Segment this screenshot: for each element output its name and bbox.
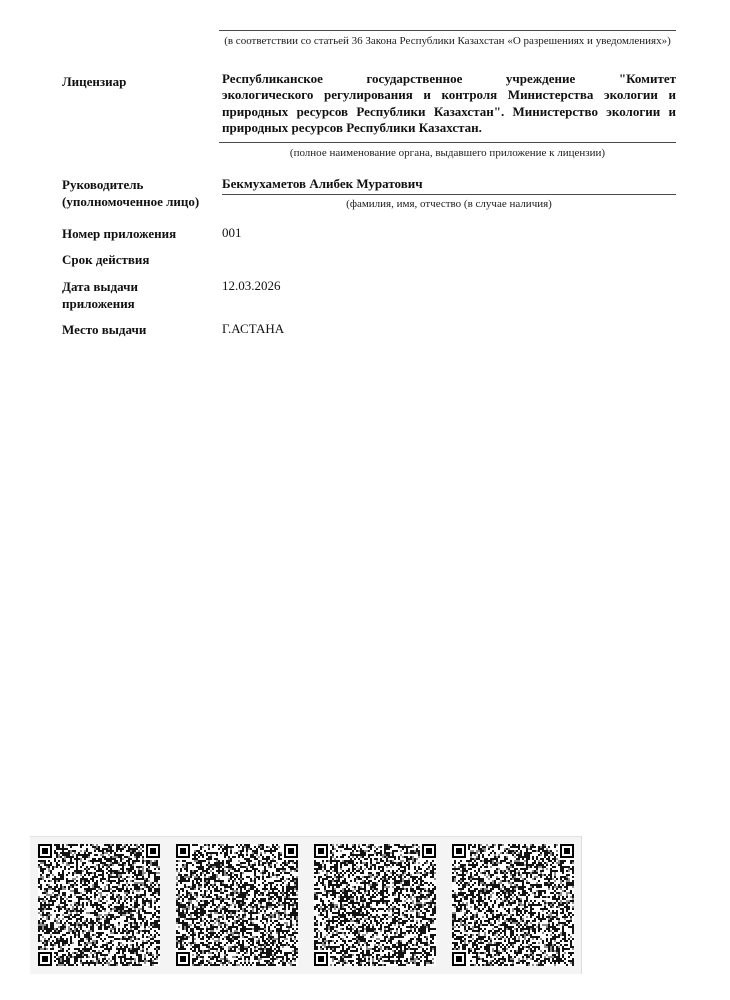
validity-label: Срок действия <box>62 251 149 268</box>
license-appendix-page: (в соответствии со статьей 36 Закона Рес… <box>0 0 730 1000</box>
qr-code <box>452 844 574 966</box>
head-name-note: (фамилия, имя, отчество (в случае наличи… <box>222 198 676 211</box>
licensor-rule <box>219 142 676 143</box>
issue-date-label: Дата выдачи приложения <box>62 278 138 312</box>
qr-band <box>30 836 582 974</box>
licensor-name-line: Республиканское государственное учрежден… <box>222 71 676 87</box>
qr-code <box>314 844 436 966</box>
qr-code <box>38 844 160 966</box>
head-label-line: Руководитель <box>62 176 199 193</box>
statute-rule <box>219 30 676 31</box>
licensor-note: (полное наименование органа, выдавшего п… <box>219 147 676 160</box>
issue-date-label-line: Дата выдачи <box>62 278 138 295</box>
issue-place-label: Место выдачи <box>62 321 146 338</box>
licensor-name-line: экологического регулирования и контроля … <box>222 87 676 103</box>
licensor-label: Лицензиар <box>62 73 126 90</box>
qr-code <box>176 844 298 966</box>
head-name: Бекмухаметов Алибек Муратович <box>222 176 676 192</box>
issue-date-value: 12.03.2026 <box>222 278 281 294</box>
head-name-rule <box>222 194 676 195</box>
appendix-number-value: 001 <box>222 225 242 241</box>
licensor-name: Республиканское государственное учрежден… <box>222 71 676 136</box>
licensor-name-line: природных ресурсов Республики Казахстан"… <box>222 104 676 120</box>
head-label: Руководитель (уполномоченное лицо) <box>62 176 199 210</box>
head-label-line: (уполномоченное лицо) <box>62 193 199 210</box>
issue-date-label-line: приложения <box>62 295 138 312</box>
issue-place-value: Г.АСТАНА <box>222 321 284 337</box>
appendix-number-label: Номер приложения <box>62 225 176 242</box>
statute-note: (в соответствии со статьей 36 Закона Рес… <box>219 35 676 48</box>
licensor-name-line: природных ресурсов Республики Казахстан. <box>222 120 676 136</box>
